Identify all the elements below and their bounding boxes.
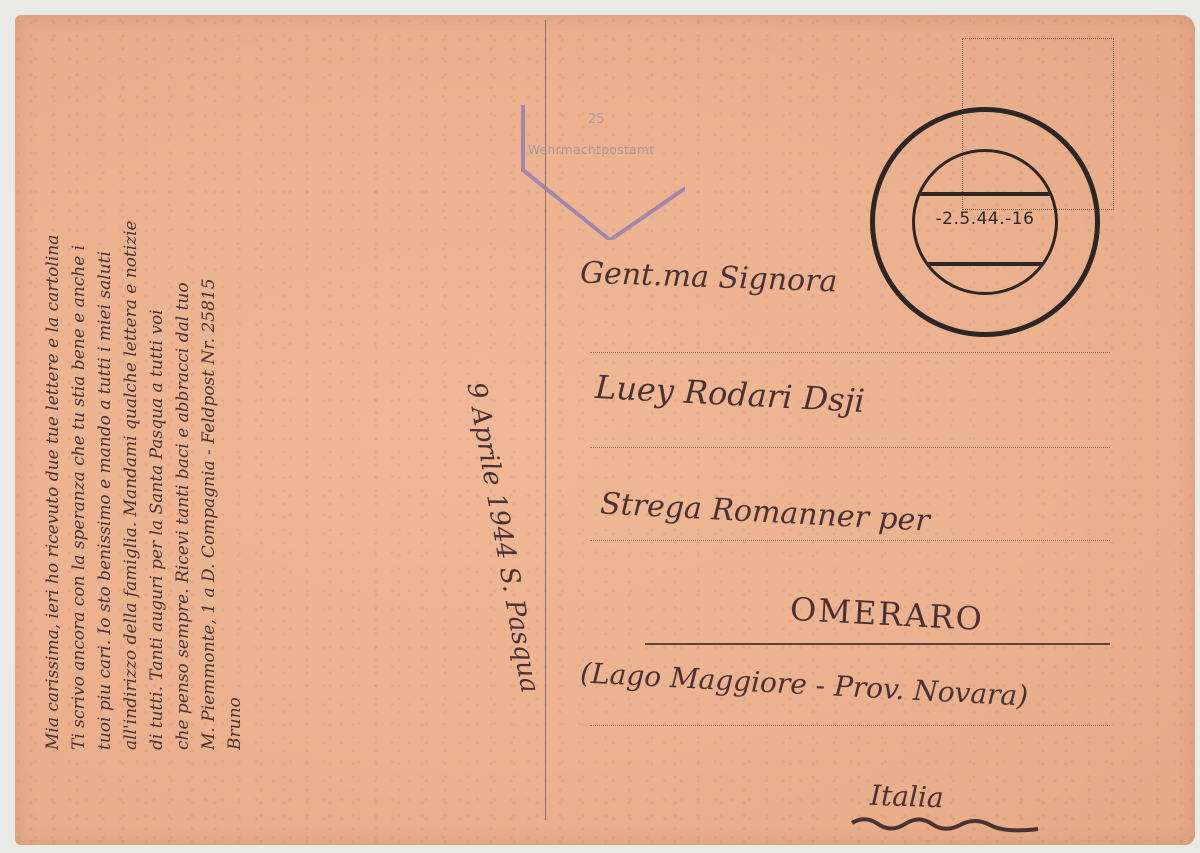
censor-text: Wehrmachtpostamt — [528, 143, 655, 157]
message-signature: Bruno — [222, 0, 248, 750]
message-line: Ti scrivo ancora con la speranza che tu … — [66, 0, 92, 750]
message-line: di tutti. Tanti auguri per la Santa Pasq… — [144, 0, 170, 750]
address-guide-line — [590, 352, 1110, 353]
address-underline-city — [645, 643, 1110, 645]
address-guide-line — [590, 447, 1110, 448]
address-guide-line — [590, 540, 1110, 541]
message-line: M. Piemmonte, 1 a D. Compagnia - Feldpos… — [196, 0, 222, 750]
postmark-icon: -2.5.44.-16 — [870, 107, 1100, 337]
postmark-bar — [915, 262, 1055, 266]
underline-squiggle-icon — [850, 815, 1040, 833]
postmark-date: -2.5.44.-16 — [915, 209, 1055, 229]
message-line: Mia carissima, ieri ho ricevuto due tue … — [40, 0, 66, 750]
message-line: che penso sempre. Ricevi tanti baci e ab… — [170, 0, 196, 750]
handwritten-message: Mia carissima, ieri ho ricevuto due tue … — [40, 0, 540, 750]
message-line: tuoi piu cari. Io sto benissimo e mando … — [92, 0, 118, 750]
censor-number: 25 — [588, 112, 605, 127]
postmark-bar — [915, 192, 1055, 196]
message-line: all'indirizzo della famiglia. Mandami qu… — [118, 0, 144, 750]
address-guide-line — [590, 725, 1110, 726]
postmark-inner-ring: -2.5.44.-16 — [912, 149, 1058, 295]
address-country: Italia — [869, 779, 944, 815]
